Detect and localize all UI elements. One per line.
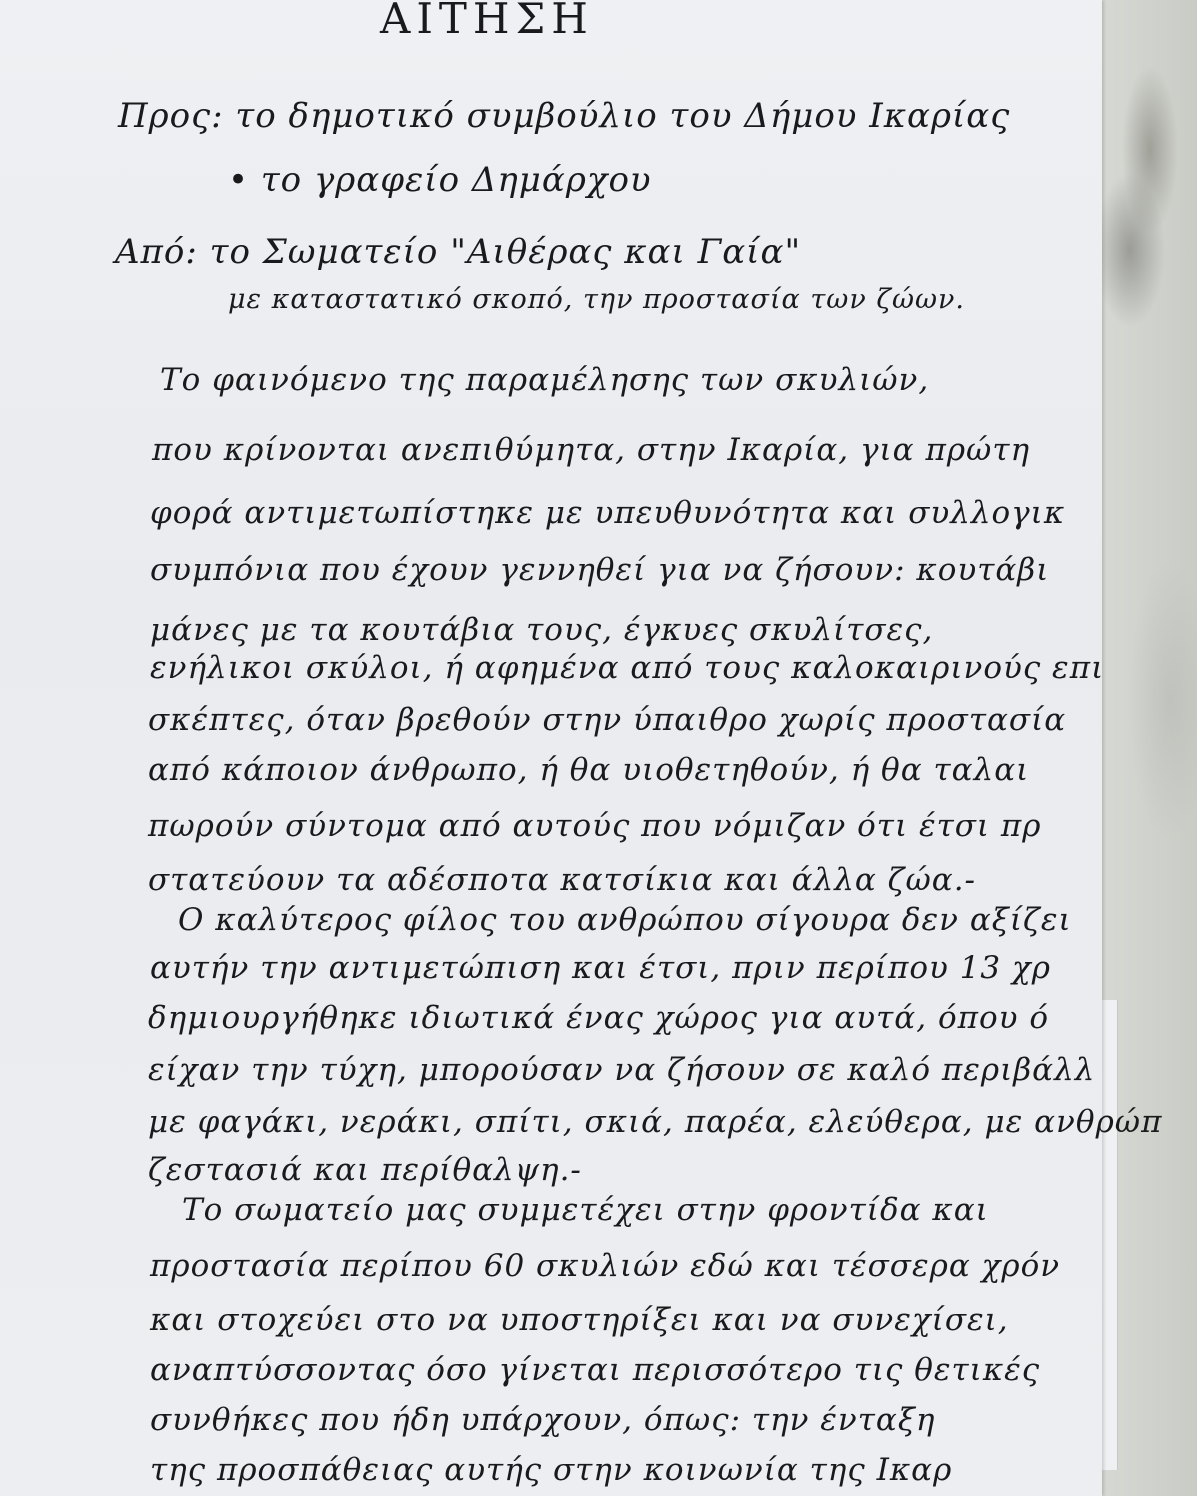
paragraph-1-line: από κάποιον άνθρωπο, ή θα υιοθετηθούν, ή… xyxy=(148,752,1029,788)
paragraph-3-line: Το σωματείο μας συμμετέχει στην φροντίδα… xyxy=(182,1192,989,1228)
paragraph-2-line: είχαν την τύχη, μπορούσαν να ζήσουν σε κ… xyxy=(148,1052,1095,1088)
recipient-line-2: • το γραφείο Δημάρχου xyxy=(228,160,652,200)
paragraph-2-line: δημιουργήθηκε ιδιωτικά ένας χώρος για αυ… xyxy=(148,1000,1049,1036)
paragraph-1-line: πωρούν σύντομα από αυτούς που νόμιζαν ότ… xyxy=(148,808,1042,844)
paragraph-3-line: αναπτύσσοντας όσο γίνεται περισσότερο τι… xyxy=(150,1352,1040,1388)
paragraph-1-line: φορά αντιμετωπίστηκε με υπευθυνότητα και… xyxy=(150,495,1065,531)
document-title: ΑΙΤΗΣΗ xyxy=(380,0,594,43)
handwritten-letter: ΑΙΤΗΣΗ Προς: το δημοτικό συμβούλιο του Δ… xyxy=(0,0,1102,1496)
paragraph-2-line: ζεστασιά και περίθαλψη.- xyxy=(148,1152,582,1188)
paragraph-1-line: που κρίνονται ανεπιθύμητα, στην Ικαρία, … xyxy=(152,432,1030,468)
paragraph-2-line: Ο καλύτερος φίλος του ανθρώπου σίγουρα δ… xyxy=(178,902,1072,938)
paragraph-1-line: σκέπτες, όταν βρεθούν στην ύπαιθρο χωρίς… xyxy=(148,702,1066,738)
paragraph-1-line: στατεύουν τα αδέσποτα κατσίκια και άλλα … xyxy=(148,862,976,898)
paragraph-3-line: της προσπάθειας αυτής στην κοινωνία της … xyxy=(150,1452,952,1488)
paragraph-2-line: με φαγάκι, νεράκι, σπίτι, σκιά, παρέα, ε… xyxy=(148,1104,1162,1140)
sender-line-2: με καταστατικό σκοπό, την προστασία των … xyxy=(228,284,965,315)
paragraph-1-line: Το φαινόμενο της παραμέλησης των σκυλιών… xyxy=(160,362,929,398)
sender-line-1: Από: το Σωματείο "Αιθέρας και Γαία" xyxy=(115,232,801,272)
paragraph-1-line: ενήλικοι σκύλοι, ή αφημένα από τους καλο… xyxy=(150,650,1104,686)
paragraph-3-line: συνθήκες που ήδη υπάρχουν, όπως: την έντ… xyxy=(150,1402,936,1438)
paragraph-2-line: αυτήν την αντιμετώπιση και έτσι, πριν πε… xyxy=(150,950,1051,986)
paragraph-1-line: συμπόνια που έχουν γεννηθεί για να ζήσου… xyxy=(150,552,1049,588)
paragraph-1-line: μάνες με τα κουτάβια τους, έγκυες σκυλίτ… xyxy=(150,612,933,648)
paragraph-3-line: και στοχεύει στο να υποστηρίξει και να σ… xyxy=(150,1302,1009,1338)
paragraph-3-line: προστασία περίπου 60 σκυλιών εδώ και τέσ… xyxy=(150,1248,1060,1284)
recipient-line-1: Προς: το δημοτικό συμβούλιο του Δήμου Ικ… xyxy=(118,96,1010,136)
